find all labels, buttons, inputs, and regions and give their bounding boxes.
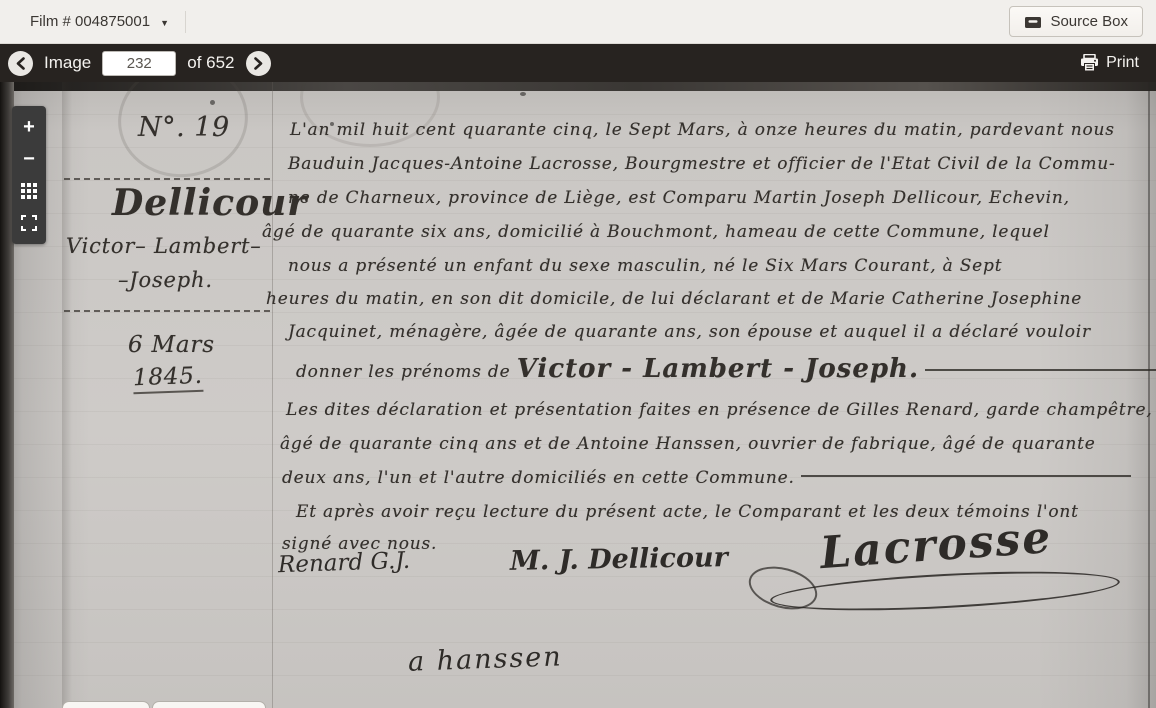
act-line: nous a présenté un enfant du sexe mascul… [288, 256, 1002, 276]
act-line: âgé de quarante cinq ans et de Antoine H… [280, 434, 1096, 454]
act-line: deux ans, l'un et l'autre domiciliés en … [282, 468, 1131, 488]
next-image-button[interactable] [246, 51, 271, 76]
margin-rule-line [272, 82, 273, 708]
previous-image-button[interactable] [8, 51, 33, 76]
multi-image-grid-button[interactable] [14, 176, 44, 206]
page-fold [62, 82, 72, 708]
page-right-edge [1148, 82, 1150, 708]
name-line-prefix: donner les prénoms de [296, 362, 510, 382]
child-full-name: Victor - Lambert - Joseph. [517, 354, 919, 384]
margin-date-year: 1845. [133, 363, 204, 394]
signature-hanssen: a hanssen [408, 641, 564, 677]
chevron-left-icon [15, 57, 26, 70]
ink-rule [925, 369, 1156, 371]
document-image-canvas[interactable]: N°. 19 Dellicour Victor– Lambert– –Josep… [0, 82, 1156, 708]
act-name-line: donner les prénoms de Victor - Lambert -… [296, 354, 1156, 384]
print-button[interactable]: Print [1080, 54, 1139, 72]
film-speck [210, 100, 215, 105]
ink-rule [801, 475, 1131, 477]
viewer-toolbar: + − [12, 106, 46, 244]
source-box-button[interactable]: Source Box [1009, 6, 1143, 37]
act-line: Bauduin Jacques-Antoine Lacrosse, Bourgm… [288, 154, 1116, 174]
signature-renard: Renard G.J. [278, 548, 411, 579]
top-header: Film # 004875001 ▼ Source Box [0, 0, 1156, 44]
fullscreen-button[interactable] [14, 208, 44, 238]
zoom-out-button[interactable]: − [14, 144, 44, 174]
margin-given-names-1: Victor– Lambert– [66, 234, 262, 258]
act-line: ne de Charneux, province de Liège, est C… [288, 188, 1070, 208]
film-speck [520, 92, 526, 96]
bottom-panel-tab-left[interactable] [62, 701, 150, 708]
act-line: heures du matin, en son dit domicile, de… [266, 289, 1082, 309]
signature-dellicour: M. J. Dellicour [510, 542, 728, 577]
minus-icon: − [23, 148, 35, 171]
image-total-label: of 652 [187, 53, 234, 73]
image-number-input[interactable] [102, 51, 176, 76]
margin-surname: Dellicour [112, 182, 307, 224]
image-label: Image [44, 53, 91, 73]
grid-icon [21, 183, 37, 199]
image-nav-bar: Image of 652 Print [0, 44, 1156, 82]
act-line-text: deux ans, l'un et l'autre domiciliés en … [282, 468, 795, 488]
act-line: Jacquinet, ménagère, âgée de quarante an… [288, 322, 1091, 342]
film-viewer-app: Film # 004875001 ▼ Source Box Image of 6… [0, 0, 1156, 708]
zoom-in-button[interactable]: + [14, 112, 44, 142]
film-number-label: Film # 004875001 [30, 13, 150, 30]
act-line: Les dites déclaration et présentation fa… [286, 400, 1153, 420]
source-box-icon [1024, 14, 1042, 30]
act-line: L'an mil huit cent quarante cinq, le Sep… [290, 120, 1115, 140]
film-number-selector[interactable]: Film # 004875001 ▼ [30, 13, 169, 30]
header-divider [185, 11, 186, 33]
margin-date-day-month: 6 Mars [128, 332, 215, 358]
fullscreen-icon [21, 215, 37, 231]
printer-icon [1080, 54, 1099, 72]
act-line: âgé de quarante six ans, domicilié à Bou… [262, 222, 1050, 242]
print-label: Print [1106, 54, 1139, 72]
margin-dash-separator [64, 178, 270, 180]
source-box-label: Source Box [1050, 13, 1128, 30]
chevron-down-icon: ▼ [160, 16, 169, 28]
record-number: N°. 19 [138, 112, 230, 143]
plus-icon: + [23, 116, 35, 139]
margin-dash-separator [64, 310, 270, 312]
bottom-panel-tab-right[interactable] [152, 701, 266, 708]
chevron-right-icon [253, 57, 264, 70]
margin-given-names-2: –Joseph. [118, 268, 213, 292]
